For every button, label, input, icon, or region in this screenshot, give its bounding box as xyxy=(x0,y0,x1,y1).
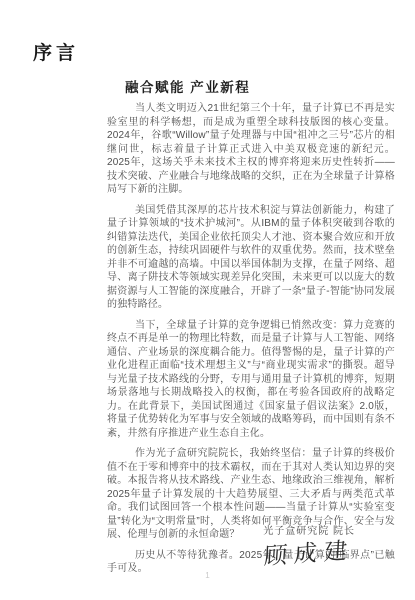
body-paragraph: 当人类文明迈入21世纪第三个十年，量子计算已不再是实验室里的科学畅想，而是成为重… xyxy=(107,102,395,197)
preface-page: 序言 融合赋能 产业新程 当人类文明迈入21世纪第三个十年，量子计算已不再是实验… xyxy=(0,0,415,600)
page-number: 1 xyxy=(0,571,415,580)
signoff-role: 光子盒研究院 院长 xyxy=(263,526,355,538)
body-text: 当人类文明迈入21世纪第三个十年，量子计算已不再是实验室里的科学畅想，而是成为重… xyxy=(107,102,395,583)
signoff-block: 光子盒研究院 院长 顾成建 xyxy=(263,526,355,566)
section-heading: 融合赋能 产业新程 xyxy=(125,80,250,96)
body-paragraph: 美国凭借其深厚的芯片技术积淀与算法创新能力，构建了量子计算领域的“技术护城河”。… xyxy=(107,204,395,312)
signature: 顾成建 xyxy=(263,538,355,570)
body-paragraph: 当下，全球量子计算的竞争逻辑已悄然改变：算力竞赛的终点不再是单一的物理比特数，而… xyxy=(107,319,395,441)
page-title: 序言 xyxy=(33,43,79,66)
